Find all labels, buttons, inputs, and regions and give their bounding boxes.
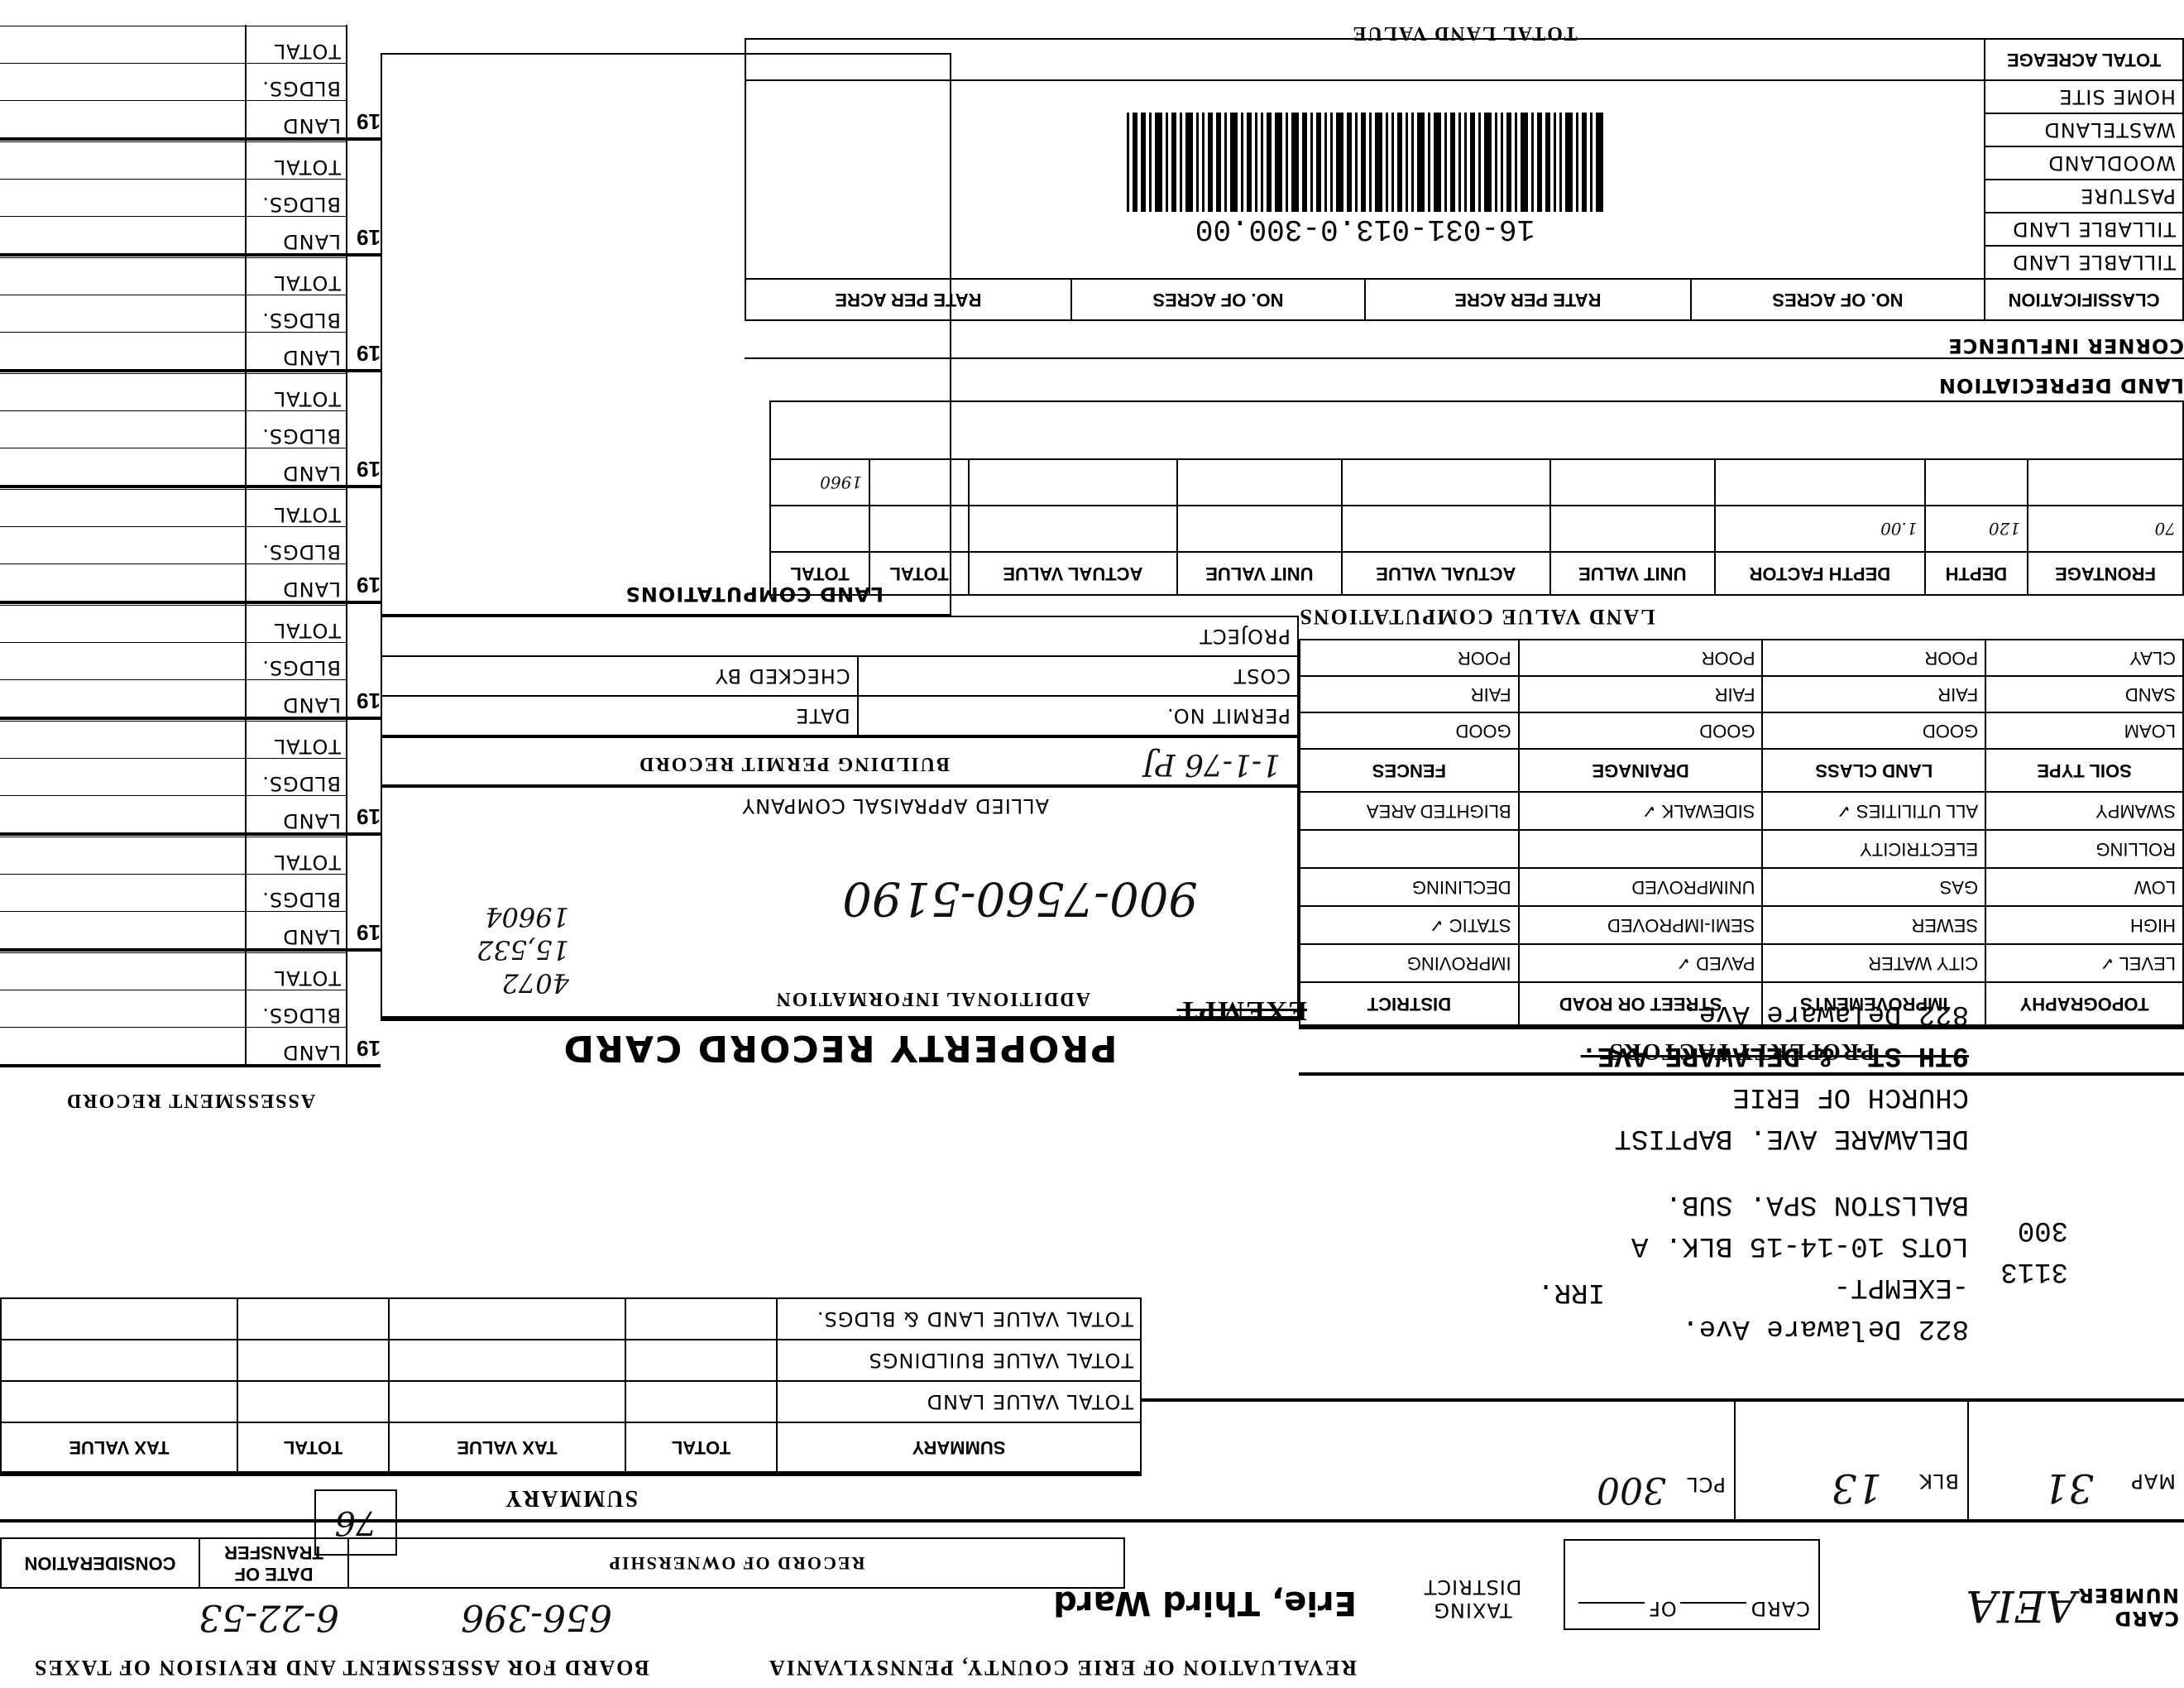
barcode-bar: [1336, 113, 1343, 213]
factor-cell[interactable]: SWAMPY: [1985, 792, 2183, 830]
assessment-label: TOTAL: [247, 373, 346, 410]
cell[interactable]: [1, 1381, 237, 1422]
col-summary: SUMMARY: [777, 1422, 1141, 1472]
assessment-label: TOTAL: [247, 605, 346, 642]
factor-cell[interactable]: UNIMPROVED: [1519, 868, 1763, 906]
year-prefix: 19: [346, 25, 381, 137]
col-classification: CLASSIFICATION: [1985, 279, 2183, 320]
barcode-bar: [1531, 113, 1534, 213]
col-rate: RATE PER ACRE: [1365, 279, 1691, 320]
assessment-labels: LANDBLDGS.TOTAL: [245, 141, 346, 253]
cell[interactable]: [389, 1298, 625, 1340]
summary-title: SUMMARY: [0, 1473, 1142, 1523]
barcode-bar: [1411, 113, 1414, 213]
assessment-year-block: 19LANDBLDGS.TOTAL: [0, 372, 381, 488]
barcode-bar: [1391, 113, 1394, 213]
map-label: MAP: [2130, 1470, 2176, 1493]
factor-cell[interactable]: FAIR: [1762, 676, 1985, 712]
barcode-bar: [1369, 113, 1372, 213]
assessment-label: LAND: [247, 448, 346, 485]
barcode-bar: [1375, 113, 1382, 213]
handwritten-notes: 4072 15,532 19604: [477, 900, 569, 1000]
date-label: DATE: [381, 696, 858, 736]
assessment-label: LAND: [247, 679, 346, 717]
factor-cell[interactable]: LOW: [1985, 868, 2183, 906]
assessment-value-field[interactable]: [0, 874, 245, 911]
building-permit-handwritten: 1-1-76 PJ: [1143, 747, 1281, 781]
assessment-value-field[interactable]: [0, 911, 245, 948]
assessment-value-field[interactable]: [0, 563, 245, 601]
map-cell[interactable]: MAP 31: [1967, 1402, 2184, 1519]
assessment-year-block: 19LANDBLDGS.TOTAL: [0, 720, 381, 836]
row-label: PASTURE: [1985, 180, 2183, 213]
address-line: -EXEMPT-: [1581, 1266, 1969, 1307]
address-line: 822 Delaware Ave.: [1581, 1307, 1969, 1349]
assessment-value-field[interactable]: [0, 295, 245, 332]
col-acres: NO. OF ACRES: [1691, 279, 1985, 320]
factor-cell[interactable]: SAND: [1985, 676, 2183, 712]
assessment-value-field[interactable]: [0, 837, 245, 874]
map-blk-pcl-row: MAP 31 BLK 13 PCL 300: [1142, 1398, 2184, 1523]
barcode-bar: [1559, 113, 1562, 213]
cell[interactable]: [237, 1340, 389, 1381]
factor-cell[interactable]: GOOD: [1300, 712, 1519, 749]
assessment-value-field[interactable]: [0, 63, 245, 100]
barcode-bar: [1330, 113, 1333, 213]
cell[interactable]: 70: [2028, 506, 2183, 552]
barcode-bar: [1545, 113, 1550, 213]
factor-cell[interactable]: CITY WATER: [1762, 944, 1985, 982]
parcel-code-300: 300: [2018, 1214, 2068, 1245]
cell[interactable]: [1550, 506, 1715, 552]
pcl-label: PCL: [1686, 1473, 1726, 1496]
cell[interactable]: [1342, 506, 1549, 552]
ownership-transfer-date: 6-22-53: [199, 1596, 339, 1638]
barcode-bar: [1537, 113, 1542, 213]
center-column: PROPERTY RECORD CARD ADDITIONAL INFORMAT…: [381, 50, 1299, 1076]
assessment-value-field[interactable]: [0, 332, 245, 369]
assessment-value-field[interactable]: [0, 373, 245, 410]
assessment-labels: LANDBLDGS.TOTAL: [245, 372, 346, 485]
assessment-label: LAND: [247, 563, 346, 601]
col-tax-value: TAX VALUE: [389, 1422, 625, 1472]
card-number-value[interactable]: AEIA: [1944, 1580, 2076, 1630]
land-computations-box[interactable]: LAND COMPUTATIONS: [381, 53, 951, 616]
barcode-bar: [1310, 113, 1313, 213]
cell[interactable]: [625, 1298, 777, 1340]
taxing-district-value: Erie, Third Ward: [1026, 1584, 1357, 1622]
assessment-label: LAND: [247, 216, 346, 253]
col-unit-value: UNIT VALUE: [1550, 552, 1715, 595]
assessment-label: TOTAL: [247, 837, 346, 874]
summary-table: SUMMARY TOTAL TAX VALUE TOTAL TAX VALUE …: [0, 1297, 1142, 1473]
address-line: DELAWARE AVE. BAPTIST: [1581, 1117, 1969, 1158]
ownership-header: RECORD OF OWNERSHIP DATE OF TRANSFER CON…: [0, 1523, 1125, 1589]
col-soil-type: SOIL TYPE: [1985, 749, 2183, 792]
barcode-bar: [1565, 113, 1573, 213]
cell[interactable]: [389, 1340, 625, 1381]
assessment-value-field[interactable]: [0, 526, 245, 563]
col-drainage: DRAINAGE: [1519, 749, 1763, 792]
assessment-label: BLDGS.: [247, 295, 346, 332]
property-factors-table: TOPOGRAPHY IMPROVEMENTS STREET OR ROAD D…: [1299, 639, 2184, 1026]
factor-cell[interactable]: PAVED ✓: [1519, 944, 1763, 982]
cell[interactable]: [1715, 459, 1925, 506]
assessment-label: LAND: [247, 332, 346, 369]
card-of-box: CARD OF: [1564, 1539, 1820, 1630]
cell[interactable]: [237, 1298, 389, 1340]
assessment-value-field[interactable]: [0, 448, 245, 485]
cell[interactable]: [625, 1381, 777, 1422]
barcode-bar: [1406, 113, 1408, 213]
card-of-field[interactable]: [1680, 1602, 1746, 1604]
of-label: OF: [1648, 1597, 1677, 1620]
assessment-record-title: ASSESSMENT RECORD: [0, 1076, 381, 1125]
col-actual-value: ACTUAL VALUE: [1342, 552, 1549, 595]
year-prefix: 19: [346, 141, 381, 253]
assessment-year-block: 19LANDBLDGS.TOTAL: [0, 836, 381, 952]
ownership-record-number: 656-396: [461, 1596, 612, 1638]
factor-cell[interactable]: GAS: [1762, 868, 1985, 906]
assessment-value-field[interactable]: [0, 1027, 245, 1064]
assessment-label: TOTAL: [247, 489, 346, 526]
cell[interactable]: [1342, 459, 1549, 506]
factor-cell[interactable]: ELECTRICITY: [1762, 830, 1985, 868]
assessment-values: [0, 372, 245, 485]
col-total: TOTAL: [625, 1422, 777, 1472]
assessment-value-field[interactable]: [0, 679, 245, 717]
factor-cell[interactable]: FAIR: [1300, 676, 1519, 712]
barcode-bar: [1434, 113, 1441, 213]
assessment-value-field[interactable]: [0, 758, 245, 795]
cell[interactable]: 1.00: [1715, 506, 1925, 552]
barcode-bar: [1576, 113, 1578, 213]
property-record-card-document: REVALUATION OF ERIE COUNTY, PENNSYLVANIA…: [0, 0, 2184, 1688]
col-depth-factor: DEPTH FACTOR: [1715, 552, 1925, 595]
factor-cell[interactable]: SEWER: [1762, 906, 1985, 944]
assessment-labels: LANDBLDGS.TOTAL: [245, 488, 346, 601]
factor-cell[interactable]: GOOD: [1762, 712, 1985, 749]
appraisal-company: ALLIED APPRAISAL COMPANY: [742, 794, 1050, 818]
col-fences: FENCES: [1300, 749, 1519, 792]
assessment-label: BLDGS.: [247, 642, 346, 679]
assessment-year-block: 19LANDBLDGS.TOTAL: [0, 604, 381, 720]
assessment-label: BLDGS.: [247, 410, 346, 448]
assessment-value-field[interactable]: [0, 990, 245, 1027]
barcode-bar: [1582, 113, 1587, 213]
factor-cell[interactable]: POOR: [1519, 640, 1763, 676]
property-record-card-title: PROPERTY RECORD CARD: [381, 1018, 1299, 1076]
col-depth: DEPTH: [1925, 552, 2028, 595]
assessment-value-field[interactable]: [0, 141, 245, 179]
factor-cell[interactable]: ALL UTILITIES ✓: [1762, 792, 1985, 830]
cell[interactable]: [389, 1381, 625, 1422]
assessment-label: TOTAL: [247, 141, 346, 179]
cell[interactable]: [1550, 459, 1715, 506]
barcode-bar: [1386, 113, 1388, 213]
assessment-values: [0, 141, 245, 253]
assessment-values: [0, 488, 245, 601]
assessment-values: [0, 952, 245, 1064]
assessment-label: TOTAL: [247, 257, 346, 295]
year-prefix: 19: [346, 488, 381, 601]
card-total-field[interactable]: [1578, 1602, 1645, 1604]
factor-cell[interactable]: HIGH: [1985, 906, 2183, 944]
barcode-bar: [1355, 113, 1358, 213]
permit-no-label: PERMIT NO.: [858, 696, 1298, 736]
assessment-label: BLDGS.: [247, 179, 346, 216]
assessment-value-field[interactable]: [0, 100, 245, 137]
col-district: DISTRICT: [1300, 982, 1519, 1025]
assessment-label: LAND: [247, 911, 346, 948]
cell[interactable]: [2028, 459, 2183, 506]
col-tax-value-2: TAX VALUE: [1, 1422, 237, 1472]
property-factors-section: PROPERTY FACTORS TOPOGRAPHY IMPROVEMENTS…: [1299, 637, 2184, 1076]
assessment-label: LAND: [247, 1027, 346, 1064]
assessment-labels: LANDBLDGS.TOTAL: [245, 25, 346, 137]
blk-value: 13: [1832, 1465, 1882, 1511]
row-label: WASTELAND: [1985, 113, 2183, 146]
col-frontage: FRONTAGE: [2028, 552, 2183, 595]
assessment-label: BLDGS.: [247, 63, 346, 100]
barcode-bar: [1444, 113, 1447, 213]
summary-ownership: SUMMARY SUMMARY TOTAL TAX VALUE TOTAL TA…: [0, 1076, 1142, 1523]
factor-cell[interactable]: POOR: [1300, 640, 1519, 676]
factor-cell[interactable]: LEVEL ✓: [1985, 944, 2183, 982]
assessment-value-field[interactable]: [0, 216, 245, 253]
handwritten-number: 900-7560-5190: [842, 871, 1198, 925]
row-label: TILLABLE LAND: [1985, 213, 2183, 246]
assessment-label: TOTAL: [247, 952, 346, 990]
barcode-bar: [1347, 113, 1352, 213]
address-line: LOTS 10-14-15 BLK. A: [1581, 1225, 1969, 1266]
year-prefix: 19: [346, 720, 381, 832]
factor-cell[interactable]: SEMI-IMPROVED: [1519, 906, 1763, 944]
assessment-values: [0, 836, 245, 948]
barcode-bar: [1501, 113, 1503, 213]
building-permit-table: PERMIT NO.DATE COSTCHECKED BY PROJECT: [381, 616, 1299, 736]
factor-cell[interactable]: [1300, 830, 1519, 868]
col-topography: TOPOGRAPHY: [1985, 982, 2183, 1025]
assessment-label: TOTAL: [247, 721, 346, 758]
address-line: BALLSTON SPA. SUB.: [1581, 1183, 1969, 1225]
project-label: PROJECT: [381, 616, 1298, 656]
assessment-values: [0, 604, 245, 717]
blk-label: BLK: [1918, 1470, 1959, 1493]
assessment-value-field[interactable]: [0, 795, 245, 832]
barcode-bar: [1324, 113, 1327, 213]
assessment-year-block: 19LANDBLDGS.TOTAL: [0, 25, 381, 141]
factor-cell[interactable]: BLIGHTED AREA: [1300, 792, 1519, 830]
assessment-value-field[interactable]: [0, 26, 245, 63]
year-prefix: 19: [346, 372, 381, 485]
row-label: TILLABLE LAND: [1985, 246, 2183, 279]
address-line: CHURCH OF ERIE: [1581, 1076, 1969, 1117]
land-depreciation-label: LAND DEPRECIATION: [1936, 359, 2184, 397]
building-permit-title: BUILDING PERMIT RECORD: [638, 752, 950, 774]
assessment-value-field[interactable]: [0, 489, 245, 526]
assessment-year-block: 19LANDBLDGS.TOTAL: [0, 141, 381, 257]
barcode-bar: [1470, 113, 1475, 213]
assessment-record: ASSESSMENT RECORD 19LANDBLDGS.TOTAL19LAN…: [0, 50, 381, 1125]
assessment-label: BLDGS.: [247, 990, 346, 1027]
summary-row-label: TOTAL VALUE BUILDINGS: [777, 1340, 1141, 1381]
assessment-blocks: 19LANDBLDGS.TOTAL19LANDBLDGS.TOTAL19LAND…: [0, 25, 381, 1067]
map-value: 31: [2043, 1465, 2094, 1511]
barcode-bar: [1428, 113, 1430, 213]
assessment-labels: LANDBLDGS.TOTAL: [245, 836, 346, 948]
barcode-bar: [1397, 113, 1402, 213]
factor-cell[interactable]: GOOD: [1519, 712, 1763, 749]
assessment-year-block: 19LANDBLDGS.TOTAL: [0, 257, 381, 372]
assessment-values: [0, 25, 245, 137]
assessment-value-field[interactable]: [0, 179, 245, 216]
property-factors-title: PROPERTY FACTORS: [1299, 1026, 2184, 1076]
year-prefix: 19: [346, 604, 381, 717]
assessment-year-block: 19LANDBLDGS.TOTAL: [0, 488, 381, 604]
summary-row-label: TOTAL VALUE LAND & BLDGS.: [777, 1298, 1141, 1340]
cell[interactable]: [1925, 459, 2028, 506]
assessment-values: [0, 257, 245, 369]
barcode-bar: [1590, 113, 1592, 213]
barcode-bar: [1316, 113, 1321, 213]
factor-cell[interactable]: FAIR: [1519, 676, 1763, 712]
assessment-labels: LANDBLDGS.TOTAL: [245, 604, 346, 717]
cell[interactable]: [1, 1340, 237, 1381]
consideration-label: CONSIDERATION: [1, 1538, 199, 1588]
assessment-label: LAND: [247, 100, 346, 137]
year-prefix: 19: [346, 257, 381, 369]
summary-row-label: TOTAL VALUE LAND: [777, 1381, 1141, 1422]
assessment-label: BLDGS.: [247, 874, 346, 911]
factor-cell[interactable]: LOAM: [1985, 712, 2183, 749]
assessment-value-field[interactable]: [0, 721, 245, 758]
assessment-label: LAND: [247, 795, 346, 832]
parcel-code-3113: 3113: [2000, 1255, 2068, 1287]
additional-information-box: ADDITIONAL INFORMATION 900-7560-5190 ALL…: [381, 786, 1299, 1018]
building-permit-header: BUILDING PERMIT RECORD 1-1-76 PJ: [381, 736, 1299, 786]
assessment-labels: LANDBLDGS.TOTAL: [245, 257, 346, 369]
assessment-label: TOTAL: [247, 26, 346, 63]
factor-cell[interactable]: CLAY: [1985, 640, 2183, 676]
factor-cell[interactable]: ROLLING: [1985, 830, 2183, 868]
barcode-bar: [1506, 113, 1511, 213]
barcode-bar: [1302, 113, 1307, 213]
assessment-value-field[interactable]: [0, 642, 245, 679]
barcode-bar: [1596, 113, 1603, 213]
factor-cell[interactable]: STATIC ✓: [1300, 906, 1519, 944]
barcode-bar: [1495, 113, 1497, 213]
barcode-bar: [1554, 113, 1556, 213]
additional-info-title: ADDITIONAL INFORMATION: [774, 987, 1090, 1009]
factor-cell[interactable]: POOR: [1762, 640, 1985, 676]
cell[interactable]: [625, 1340, 777, 1381]
assessment-value-field[interactable]: [0, 952, 245, 990]
barcode-bar: [1458, 113, 1461, 213]
barcode-bar: [1484, 113, 1492, 213]
cell[interactable]: [237, 1381, 389, 1422]
assessment-label: BLDGS.: [247, 758, 346, 795]
assessment-value-field[interactable]: [0, 257, 245, 295]
total-land-value-title: TOTAL LAND VALUE: [745, 15, 2184, 51]
col-street: STREET OR ROAD: [1519, 982, 1763, 1025]
pcl-value: 300: [1597, 1469, 1666, 1511]
row-label: WOODLAND: [1985, 146, 2183, 180]
assessment-value-field[interactable]: [0, 410, 245, 448]
row-label: HOME SITE: [1985, 80, 2183, 113]
cost-label: COST: [858, 656, 1298, 696]
barcode-bar: [1521, 113, 1528, 213]
barcode-bar: [1464, 113, 1467, 213]
card-of-label: CARD: [1751, 1597, 1810, 1620]
year-prefix: 19: [346, 836, 381, 948]
col-total-2: TOTAL: [237, 1422, 389, 1472]
col-improvements: IMPROVEMENTS: [1762, 982, 1985, 1025]
barcode-bar: [1515, 113, 1517, 213]
factor-cell[interactable]: IMPROVING: [1300, 944, 1519, 982]
taxing-district-label: TAXING DISTRICT: [1406, 1575, 1539, 1622]
barcode-bar: [1417, 113, 1425, 213]
checked-by-label: CHECKED BY: [381, 656, 858, 696]
barcode-bar: [1450, 113, 1455, 213]
col-land-class: LAND CLASS: [1762, 749, 1985, 792]
blk-cell[interactable]: BLK 13: [1734, 1402, 1967, 1519]
year-prefix: 19: [346, 952, 381, 1064]
assessment-labels: LANDBLDGS.TOTAL: [245, 720, 346, 832]
assessment-values: [0, 720, 245, 832]
factor-cell[interactable]: [1519, 830, 1763, 868]
pcl-cell[interactable]: PCL 300: [1142, 1402, 1734, 1519]
date-of-transfer-label: DATE OF TRANSFER: [199, 1538, 348, 1588]
barcode-bar: [1361, 113, 1366, 213]
assessment-label: BLDGS.: [247, 526, 346, 563]
assessment-year-block: 19LANDBLDGS.TOTAL: [0, 952, 381, 1067]
barcode-bar: [1478, 113, 1481, 213]
land-computations-label: LAND COMPUTATIONS: [625, 583, 884, 606]
factor-cell[interactable]: SIDEWALK ✓: [1519, 792, 1763, 830]
card-number-label: CARD NUMBER: [2080, 1584, 2179, 1630]
cell[interactable]: 120: [1925, 506, 2028, 552]
cell[interactable]: [1, 1298, 237, 1340]
assessment-value-field[interactable]: [0, 605, 245, 642]
assessment-labels: LANDBLDGS.TOTAL: [245, 952, 346, 1064]
factor-cell[interactable]: DECLINING: [1300, 868, 1519, 906]
record-of-ownership-title: RECORD OF OWNERSHIP: [348, 1538, 1124, 1588]
